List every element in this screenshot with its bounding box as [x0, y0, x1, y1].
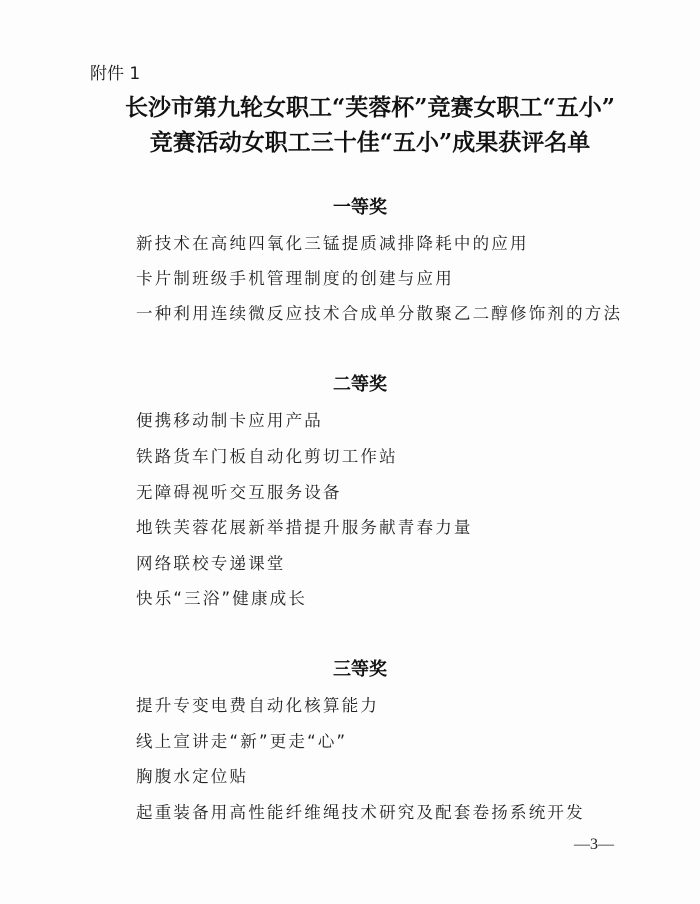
list-item: 网络联校专递课堂: [136, 550, 286, 574]
document-title-line-1: 长沙市第九轮女职工“芙蓉杯”竞赛女职工“五小”: [20, 89, 700, 122]
list-item: 无障碍视听交互服务设备: [136, 479, 342, 503]
section-heading-third-prize: 三等奖: [0, 655, 700, 681]
list-item: 胸腹水定位贴: [136, 763, 248, 787]
list-item: 线上宣讲走“新”更走“心”: [136, 728, 347, 752]
document-page: 附件 1 长沙市第九轮女职工“芙蓉杯”竞赛女职工“五小” 竞赛活动女职工三十佳“…: [0, 0, 700, 904]
section-heading-first-prize: 一等奖: [0, 193, 700, 219]
page-number: —3—: [574, 836, 614, 854]
list-item: 便携移动制卡应用产品: [136, 407, 323, 431]
list-item: 提升专变电费自动化核算能力: [136, 692, 379, 716]
document-title-line-2: 竞赛活动女职工三十佳“五小”成果获评名单: [20, 124, 700, 157]
list-item: 新技术在高纯四氧化三锰提质减排降耗中的应用: [136, 230, 529, 254]
attachment-label: 附件 1: [90, 59, 140, 84]
section-heading-second-prize: 二等奖: [0, 370, 700, 396]
list-item: 地铁芙蓉花展新举措提升服务献青春力量: [136, 514, 473, 538]
list-item: 快乐“三浴”健康成长: [136, 585, 307, 609]
list-item: 一种利用连续微反应技术合成单分散聚乙二醇修饰剂的方法: [136, 300, 622, 324]
list-item: 卡片制班级手机管理制度的创建与应用: [136, 265, 454, 289]
list-item: 铁路货车门板自动化剪切工作站: [136, 443, 398, 467]
list-item: 起重装备用高性能纤维绳技术研究及配套卷扬系统开发: [136, 799, 585, 823]
